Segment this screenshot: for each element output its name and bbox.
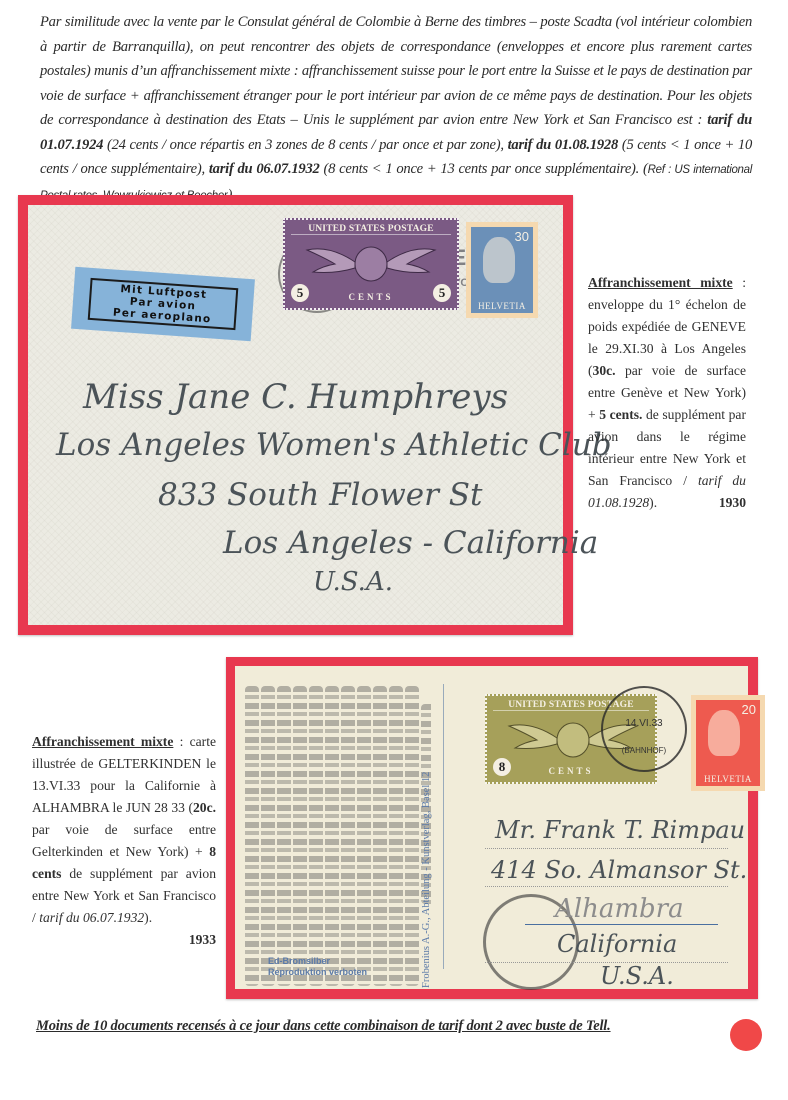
tell-bust-icon [708, 710, 740, 756]
tarif-1928: tarif du 01.08.1928 [508, 137, 618, 153]
address-line: Mr. Frank T. Rimpau [495, 816, 745, 844]
tell-bust-icon [483, 237, 515, 283]
cover-2-caption: Affranchissement mixte : carte illustrée… [32, 731, 216, 951]
intro-paragraph: Par similitude avec la vente par le Cons… [40, 10, 752, 208]
handwritten-message [241, 674, 431, 992]
us-airmail-stamp-5c: UNITED STATES POSTAGE 5 CENTS 5 [283, 218, 459, 310]
rarity-note: Moins de 10 documents recensés à ce jour… [36, 1018, 611, 1035]
address-line: 414 So. Almansor St. [491, 856, 747, 884]
address-line: U.S.A. [313, 567, 393, 597]
address-line: Los Angeles - California [223, 525, 598, 561]
address-rule [485, 848, 728, 849]
year-label: 1933 [189, 929, 216, 951]
address-line: U.S.A. [600, 962, 674, 990]
address-line: Los Angeles Women's Athletic Club [56, 427, 612, 463]
cover-1-caption: Affranchissement mixte : enveloppe du 1°… [588, 272, 746, 514]
address-line: Alhambra [555, 894, 684, 924]
cover-2-postcard: Frobenius A.-G., Abteilung - Kunstverlag… [226, 657, 758, 999]
swiss-tell-stamp-20c: 20 HELVETIA [691, 695, 765, 791]
address-line: Miss Jane C. Humphreys [83, 377, 508, 417]
gelterkinden-postmark: 14.VI.33 (BAHNHOF) [601, 686, 687, 772]
year-label: 1930 [719, 492, 746, 514]
tarif-1932: tarif du 06.07.1932 [209, 161, 320, 177]
winged-globe-icon [305, 240, 437, 286]
address-line: California [557, 930, 677, 958]
publisher-imprint: Frobenius A.-G., Abteilung - Kunstverlag… [421, 772, 432, 988]
postcard-paper: Frobenius A.-G., Abteilung - Kunstverlag… [235, 666, 748, 989]
card-divider [443, 684, 444, 969]
address-line: 833 South Flower St [158, 477, 483, 513]
airmail-label: Mit Luftpost Par avion Per aeroplano [71, 267, 255, 341]
printer-note: Ed-Bromsilber Reproduktion verboten [268, 956, 367, 978]
swiss-tell-stamp-30c: 30 HELVETIA [466, 222, 538, 318]
envelope-paper: Mit Luftpost Par avion Per aeroplano TEL… [28, 205, 563, 625]
address-rule [485, 886, 728, 887]
red-dot-marker [730, 1019, 762, 1051]
address-rule-blue [525, 924, 718, 925]
cover-1-envelope: Mit Luftpost Par avion Per aeroplano TEL… [18, 195, 573, 635]
